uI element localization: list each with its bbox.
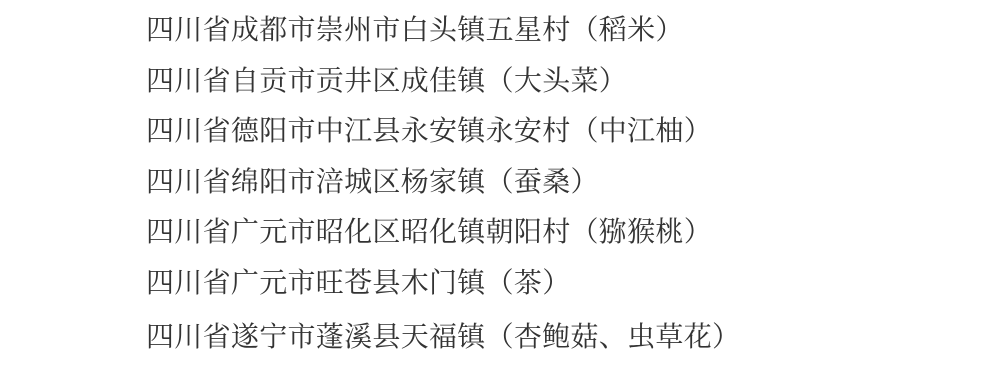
list-item: 四川省绵阳市涪城区杨家镇（蚕桑） (146, 158, 952, 209)
list-item: 四川省广元市昭化区昭化镇朝阳村（猕猴桃） (146, 208, 952, 259)
document-page: 四川省成都市崇州市白头镇五星村（稻米） 四川省自贡市贡井区成佳镇（大头菜） 四川… (0, 0, 992, 382)
list-item: 四川省自贡市贡井区成佳镇（大头菜） (146, 57, 952, 108)
list-item: 四川省成都市崇州市白头镇五星村（稻米） (146, 6, 952, 57)
list-item: 四川省德阳市中江县永安镇永安村（中江柚） (146, 107, 952, 158)
list-item: 四川省遂宁市蓬溪县天福镇（杏鲍菇、虫草花） (146, 313, 952, 364)
list-item: 四川省广元市旺苍县木门镇（茶） (146, 259, 952, 310)
